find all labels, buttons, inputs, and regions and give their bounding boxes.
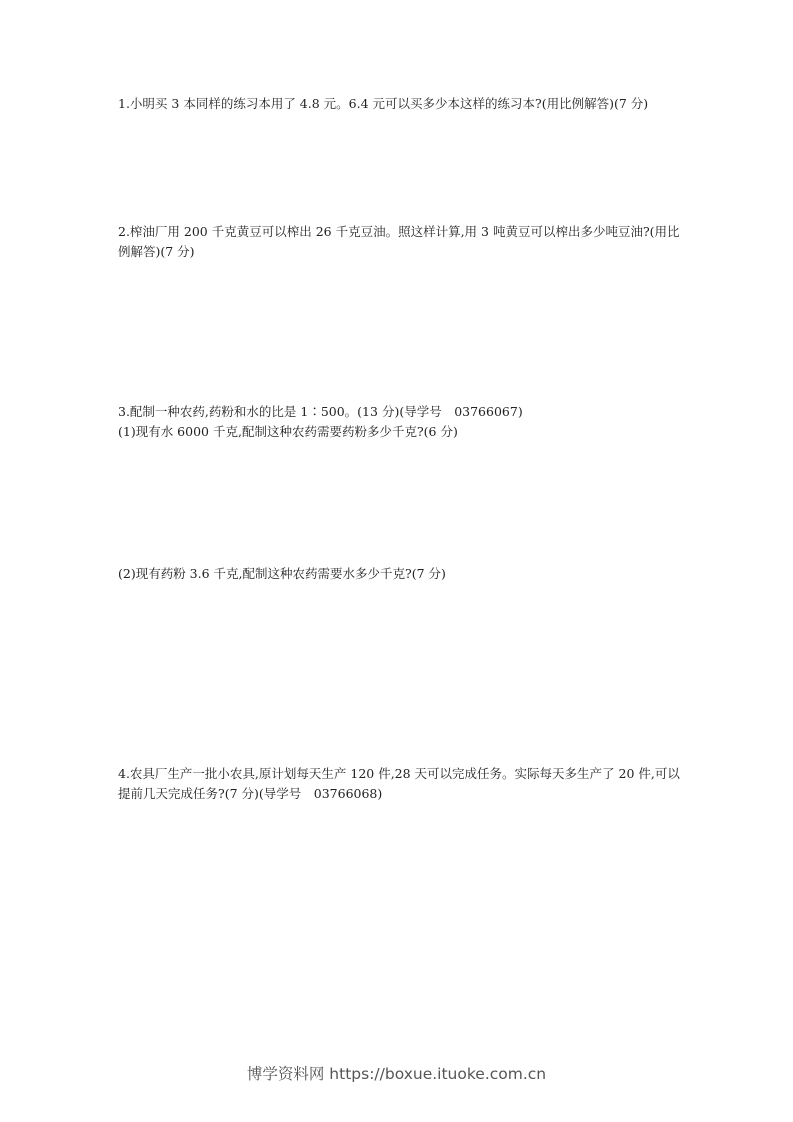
question-3-part-2: (2)现有药粉 3.6 千克,配制这种农药需要水多少千克?(7 分) [118,564,688,584]
question-1: 1.小明买 3 本同样的练习本用了 4.8 元。6.4 元可以买多少本这样的练习… [118,94,688,114]
question-3-part-1: (1)现有水 6000 千克,配制这种农药需要药粉多少千克?(6 分) [118,422,688,442]
question-4: 4.农具厂生产一批小农具,原计划每天生产 120 件,28 天可以完成任务。实际… [118,764,688,804]
question-2: 2.榨油厂用 200 千克黄豆可以榨出 26 千克豆油。照这样计算,用 3 吨黄… [118,222,688,262]
footer-watermark: 博学资料网 https://boxue.ituoke.com.cn [0,1062,793,1084]
question-3: 3.配制一种农药,药粉和水的比是 1∶500。(13 分)(导学号 037660… [118,402,688,422]
